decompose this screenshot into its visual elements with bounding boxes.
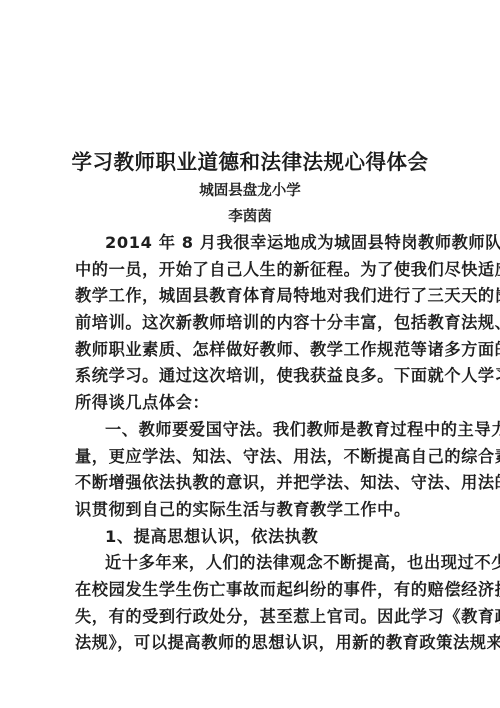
body-line: 中的一员，开始了自己人生的新征程。为了使我们尽快适应 — [75, 257, 423, 284]
document-page: 学习教师职业道德和法律法规心得体会 城固县盘龙小学 李茵茵 2014 年 8 月… — [0, 0, 500, 708]
body-line: 量，更应学法、知法、守法、用法，不断提高自己的综合素质， — [75, 444, 423, 471]
author-name: 李茵茵 — [0, 207, 500, 227]
body-line: 在校园发生学生伤亡事故而起纠纷的事件，有的赔偿经济损 — [75, 577, 423, 604]
document-title: 学习教师职业道德和法律法规心得体会 — [0, 149, 500, 175]
body-line: 教师职业素质、怎样做好教师、教学工作规范等诸多方面的 — [75, 337, 423, 364]
section-heading-line: 一、教师要爱国守法。我们教师是教育过程中的主导力 — [75, 417, 423, 444]
body-line: 识贯彻到自己的实际生活与教育教学工作中。 — [75, 497, 423, 524]
school-name: 城固县盘龙小学 — [0, 181, 500, 201]
body-line: 前培训。这次新教师培训的内容十分丰富，包括教育法规、 — [75, 310, 423, 337]
body-line: 近十多年来，人们的法律观念不断提高，也出现过不少因 — [75, 550, 423, 577]
body-line: 教学工作，城固县教育体育局特地对我们进行了三天天的岗 — [75, 283, 423, 310]
body-line: 不断增强依法执教的意识，并把学法、知法、守法、用法的意 — [75, 470, 423, 497]
body-line: 系统学习。通过这次培训，使我获益良多。下面就个人学习 — [75, 363, 423, 390]
document-body: 2014 年 8 月我很幸运地成为城固县特岗教师教师队伍 中的一员，开始了自己人… — [75, 230, 423, 657]
subsection-heading: 1、提高思想认识，依法执教 — [75, 524, 423, 551]
body-line: 所得谈几点体会： — [75, 390, 423, 417]
body-line: 2014 年 8 月我很幸运地成为城固县特岗教师教师队伍 — [75, 230, 423, 257]
body-line: 法规》，可以提高教师的思想认识，用新的教育政策法规来认 — [75, 630, 423, 657]
body-line: 失，有的受到行政处分，甚至惹上官司。因此学习《教育政策 — [75, 604, 423, 631]
